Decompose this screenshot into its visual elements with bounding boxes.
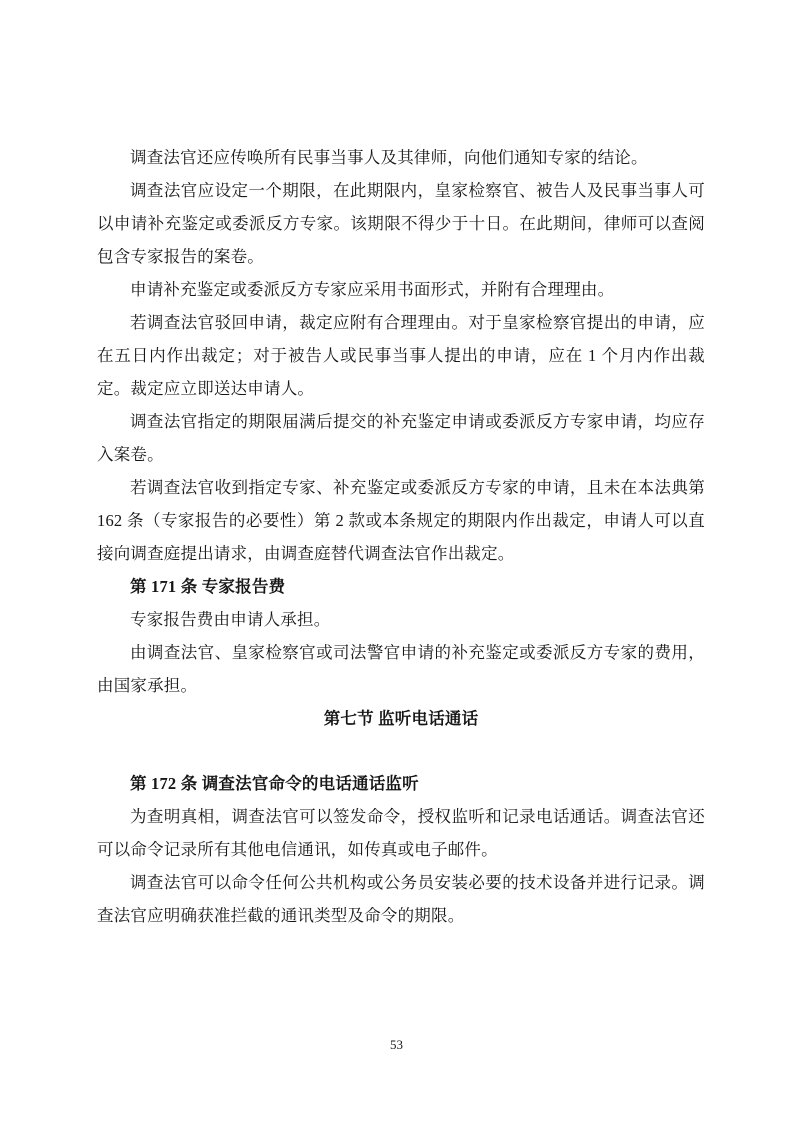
paragraph: 申请补充鉴定或委派反方专家应采用书面形式，并附有合理理由。 xyxy=(97,273,705,306)
page-number: 53 xyxy=(0,1036,793,1054)
document-body: 调查法官还应传唤所有民事当事人及其律师，向他们通知专家的结论。 调查法官应设定一… xyxy=(97,141,705,932)
paragraph: 调查法官可以命令任何公共机构或公务员安装必要的技术设备并进行记录。调查法官应明确… xyxy=(97,866,705,932)
document-page: 调查法官还应传唤所有民事当事人及其律师，向他们通知专家的结论。 调查法官应设定一… xyxy=(0,0,793,1122)
paragraph: 由调查法官、皇家检察官或司法警官申请的补充鉴定或委派反方专家的费用，由国家承担。 xyxy=(97,636,705,702)
paragraph: 专家报告费由申请人承担。 xyxy=(97,603,705,636)
paragraph: 调查法官还应传唤所有民事当事人及其律师，向他们通知专家的结论。 xyxy=(97,141,705,174)
section-7-heading: 第七节 监听电话通话 xyxy=(97,702,705,735)
article-172-heading: 第 172 条 调查法官命令的电话通话监听 xyxy=(97,767,705,800)
paragraph: 调查法官应设定一个期限，在此期限内，皇家检察官、被告人及民事当事人可以申请补充鉴… xyxy=(97,174,705,273)
paragraph: 若调查法官收到指定专家、补充鉴定或委派反方专家的申请，且未在本法典第 162 条… xyxy=(97,471,705,570)
paragraph: 调查法官指定的期限届满后提交的补充鉴定申请或委派反方专家申请，均应存入案卷。 xyxy=(97,405,705,471)
article-171-heading: 第 171 条 专家报告费 xyxy=(97,570,705,603)
paragraph: 为查明真相，调查法官可以签发命令，授权监听和记录电话通话。调查法官还可以命令记录… xyxy=(97,800,705,866)
paragraph: 若调查法官驳回申请，裁定应附有合理理由。对于皇家检察官提出的申请，应在五日内作出… xyxy=(97,306,705,405)
